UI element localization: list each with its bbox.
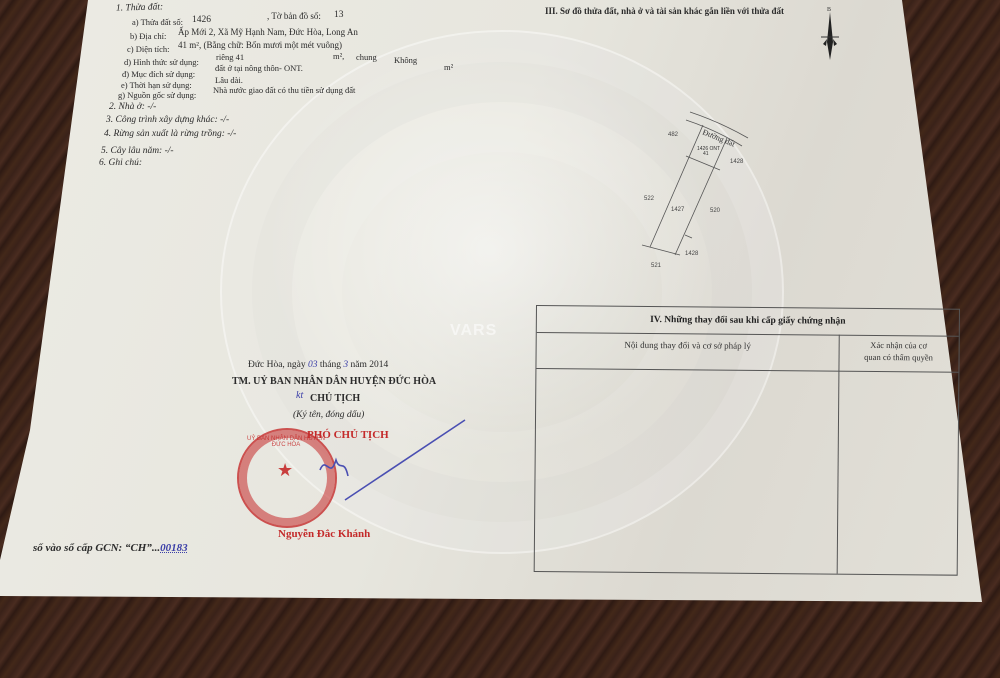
col-header-confirmation: Xác nhận của cơ quan có thẩm quyền — [839, 339, 959, 364]
section3-other-works: 3. Công trình xây dựng khác: -/- — [106, 115, 229, 125]
changes-table: IV. Những thay đổi sau khi cấp giấy chứn… — [534, 305, 960, 576]
term-label: e) Thời hạn sử dụng: — [121, 80, 192, 90]
area-label: c) Diện tích: — [127, 44, 169, 54]
issuing-authority: TM. UỶ BAN NHÂN DÂN HUYỆN ĐỨC HÒA — [232, 376, 436, 387]
col-header-confirmation-line1: Xác nhận của cơ — [839, 339, 959, 352]
svg-text:1427: 1427 — [671, 207, 685, 213]
svg-text:520: 520 — [710, 208, 721, 214]
map-sheet-no: 13 — [334, 10, 344, 20]
origin-label: g) Nguồn gốc sử dụng: — [118, 90, 196, 100]
usage-shared: Không — [394, 55, 417, 65]
usage-shared-unit: m² — [444, 62, 453, 72]
registry-value: 00183 — [160, 542, 188, 554]
role-chairman: CHỦ TỊCH — [310, 393, 360, 404]
section6-notes: 6. Ghi chú: — [99, 158, 142, 168]
date-year: 2014 — [369, 360, 388, 370]
section5-perennial: 5. Cây lâu năm: -/- — [101, 146, 174, 156]
term-value: Lâu dài. — [215, 75, 243, 85]
section1-title: 1. Thửa đất: — [116, 2, 163, 13]
north-arrow-icon: B — [818, 4, 842, 64]
parcel-no-label: a) Thửa đất số: — [132, 17, 183, 27]
usage-private: riêng 41 — [216, 52, 244, 62]
svg-text:B: B — [827, 7, 831, 13]
origin-value: Nhà nước giao đất có thu tiền sử dụng đấ… — [213, 85, 355, 95]
parcel-diagram: Đường đất 1426 ONT 41 482 1428 522 1427 … — [630, 100, 770, 270]
kt-mark: kt — [296, 390, 303, 401]
registry-number: số vào sổ cấp GCN: “CH”...00183 — [33, 542, 188, 554]
watermark: VARS — [450, 322, 497, 340]
svg-text:522: 522 — [644, 196, 655, 202]
signature-stroke — [310, 410, 480, 510]
purpose-label: đ) Mục đích sử dụng: — [122, 69, 195, 79]
usage-form-label: d) Hình thức sử dụng: — [124, 57, 199, 67]
signer-name: Nguyễn Đắc Khánh — [278, 528, 370, 540]
address-value: Ấp Mới 2, Xã Mỹ Hạnh Nam, Đức Hòa, Long … — [178, 27, 358, 37]
purpose-value: đất ở tại nông thôn- ONT. — [215, 63, 303, 73]
date-month: 3 — [343, 360, 348, 370]
area-value: 41 m², (Bằng chữ: Bốn mươi một mét vuông… — [178, 40, 342, 50]
registry-label: số vào sổ cấp GCN: “CH”... — [33, 542, 160, 554]
svg-text:1428: 1428 — [730, 159, 744, 165]
col-header-confirmation-line2: quan có thẩm quyền — [839, 351, 959, 364]
svg-text:41: 41 — [703, 151, 709, 157]
date-day: 03 — [308, 360, 318, 370]
svg-text:482: 482 — [668, 132, 679, 138]
star-icon: ★ — [277, 460, 293, 481]
section3-diagram-title: III. Sơ đồ thửa đất, nhà ở và tài sản kh… — [545, 6, 784, 16]
svg-text:521: 521 — [651, 263, 662, 269]
col-header-content: Nội dung thay đổi và cơ sở pháp lý — [536, 332, 838, 371]
place-date: Đức Hòa, ngày 03 tháng 3 năm 2014 — [248, 360, 388, 370]
usage-shared-label: chung — [356, 52, 377, 62]
svg-text:1428: 1428 — [685, 251, 699, 257]
usage-unit: m², — [333, 51, 344, 61]
map-sheet-label: , Tờ bản đồ số: — [267, 11, 321, 21]
address-label: b) Địa chỉ: — [130, 31, 166, 41]
section4-forest: 4. Rừng sản xuất là rừng trồng: -/- — [104, 129, 236, 139]
parcel-no: 1426 — [192, 15, 211, 25]
section2-house: 2. Nhà ở: -/- — [109, 102, 156, 112]
